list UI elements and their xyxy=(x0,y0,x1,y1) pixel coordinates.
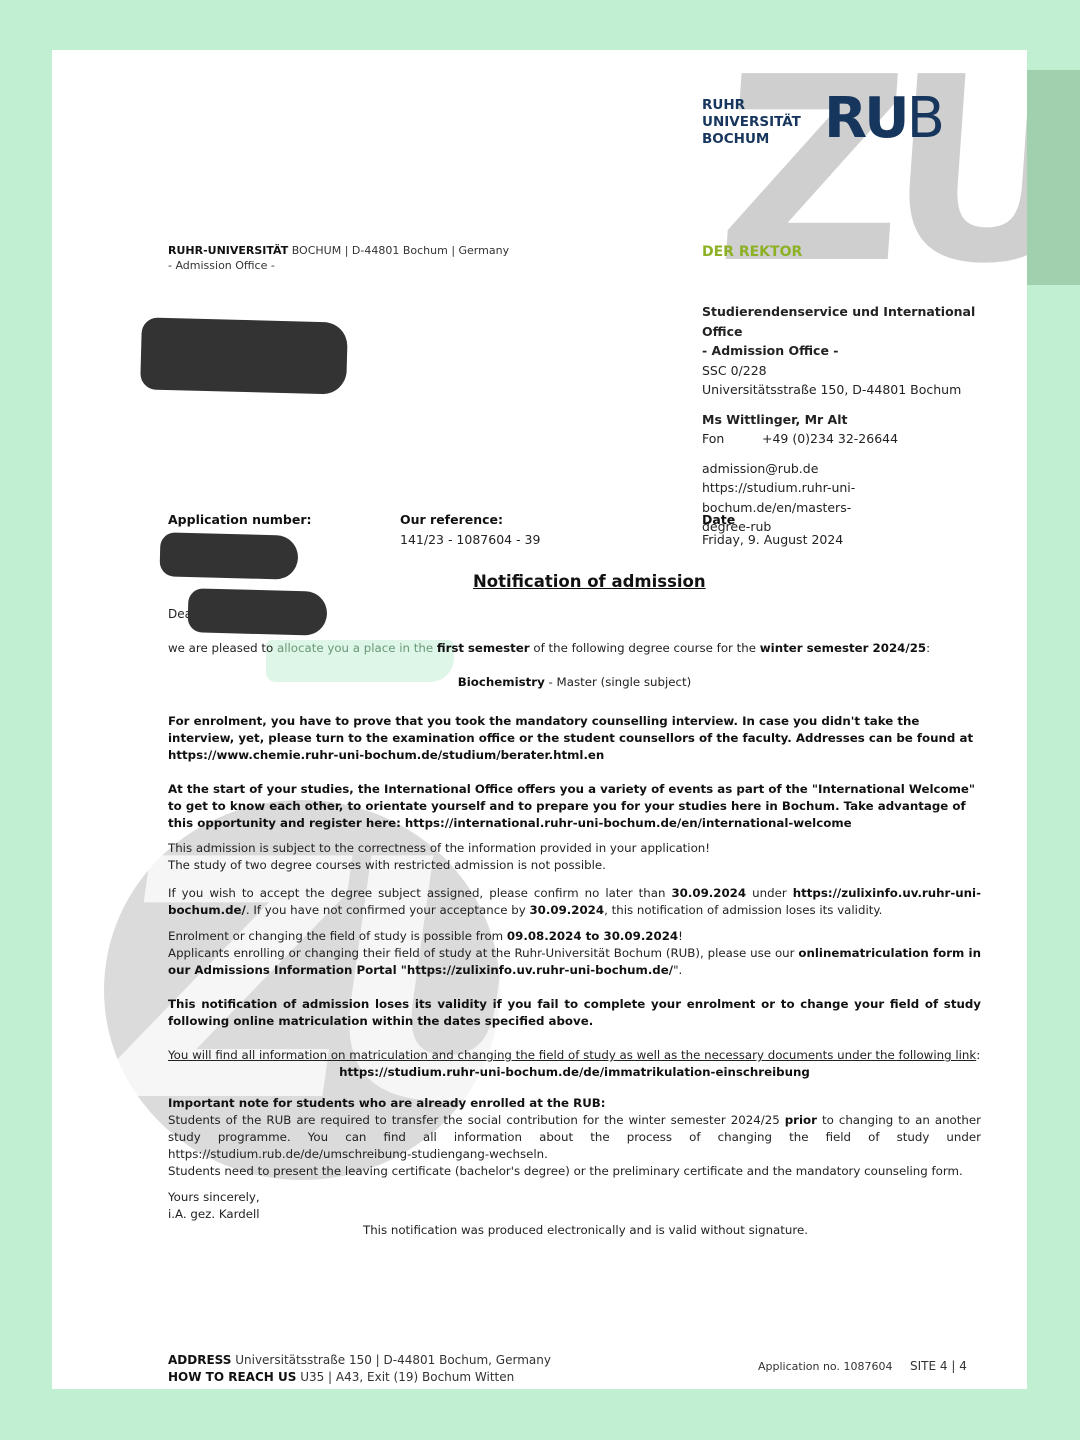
intro-winter-semester: winter semester 2024/25 xyxy=(760,641,926,655)
closing-signatory: i.A. gez. Kardell xyxy=(168,1206,981,1223)
intro-paragraph: we are pleased to allocate you a place i… xyxy=(168,640,981,657)
logo-line-3: BOCHUM xyxy=(702,131,801,148)
footer-reach-label: HOW TO REACH US xyxy=(168,1370,296,1384)
intro-first: first xyxy=(437,641,464,655)
footer-address-block: ADDRESS Universitätsstraße 150 | D-44801… xyxy=(168,1352,551,1386)
university-logo-text: RUHR UNIVERSITÄT BOCHUM xyxy=(702,97,801,148)
logo-mark-bold: RU xyxy=(824,86,907,151)
office-name: Studierendenservice und International Of… xyxy=(702,302,1002,341)
enrolment-paragraph: Enrolment or changing the field of study… xyxy=(168,928,981,979)
course-detail: - Master (single subject) xyxy=(545,675,691,689)
office-url-line1[interactable]: https://studium.ruhr-uni-bochum.de/en/ma… xyxy=(702,478,1002,517)
important-note: Important note for students who are alre… xyxy=(168,1095,981,1180)
office-contacts: Ms Wittlinger, Mr Alt xyxy=(702,410,1002,430)
intro-text-2: of the following degree course for the xyxy=(530,641,760,655)
letter-title: Notification of admission xyxy=(473,572,706,591)
logo-mark-light: B xyxy=(907,86,942,151)
intro-text: we are pleased to xyxy=(168,641,277,655)
subject-line-2: The study of two degree courses with res… xyxy=(168,857,981,874)
der-rektor-heading: DER REKTOR xyxy=(702,244,802,260)
sender-address: BOCHUM | D-44801 Bochum | Germany xyxy=(288,244,509,257)
accept-text-2: under xyxy=(746,886,793,900)
redacted-recipient-name xyxy=(187,588,327,636)
intro-colon: : xyxy=(926,641,930,655)
office-room: SSC 0/228 xyxy=(702,361,1002,381)
applicants-plain: Applicants enrolling or changing their f… xyxy=(168,946,798,960)
logo-line-1: RUHR xyxy=(702,97,801,114)
logo-line-2: UNIVERSITÄT xyxy=(702,114,801,131)
date-label: Date xyxy=(702,512,735,527)
admission-letter-page: ZU ZU RUHR UNIVERSITÄT BOCHUM RUB DER RE… xyxy=(52,50,1027,1389)
closing: Yours sincerely, i.A. gez. Kardell xyxy=(168,1189,981,1223)
accept-deadline: 30.09.2024 xyxy=(671,886,746,900)
info-url[interactable]: https://studium.ruhr-uni-bochum.de/de/im… xyxy=(168,1064,981,1081)
office-phone-row: Fon+49 (0)234 32-26644 xyxy=(702,429,1002,449)
accept-text-4: , this notification of admission loses i… xyxy=(604,903,882,917)
phone-number: +49 (0)234 32-26644 xyxy=(762,431,898,446)
office-email[interactable]: admission@rub.de xyxy=(702,459,1002,479)
info-colon: : xyxy=(976,1048,980,1062)
watermark-overflow xyxy=(1027,70,1080,285)
note-body: Students of the RUB are required to tran… xyxy=(168,1112,981,1163)
rub-logo-mark: RUB xyxy=(824,84,942,154)
note-text: Students of the RUB are required to tran… xyxy=(168,1113,785,1127)
redacted-application-number xyxy=(159,532,298,580)
note-prior: prior xyxy=(785,1113,817,1127)
accept-deadline-2: 30.09.2024 xyxy=(529,903,604,917)
phone-label: Fon xyxy=(702,429,762,449)
reference-value: 141/23 - 1087604 - 39 xyxy=(400,532,540,547)
footer-address: Universitätsstraße 150 | D-44801 Bochum,… xyxy=(231,1353,551,1367)
accept-text: If you wish to accept the degree subject… xyxy=(168,886,671,900)
closing-sincerely: Yours sincerely, xyxy=(168,1189,981,1206)
footer-address-label: ADDRESS xyxy=(168,1353,231,1367)
accept-paragraph: If you wish to accept the degree subject… xyxy=(168,885,981,919)
info-paragraph: You will find all information on matricu… xyxy=(168,1047,981,1081)
course-name: Biochemistry xyxy=(458,675,545,689)
applicants-text: Applicants enrolling or changing their f… xyxy=(168,945,981,979)
note-documents: Students need to present the leaving cer… xyxy=(168,1163,981,1180)
footer-application-number: Application no. 1087604 xyxy=(758,1360,892,1373)
application-number-label: Application number: xyxy=(168,512,312,527)
footer-reach: U35 | A43, Exit (19) Bochum Witten xyxy=(296,1370,514,1384)
info-link-text: You will find all information on matricu… xyxy=(168,1048,976,1062)
sender-line: RUHR-UNIVERSITÄT BOCHUM | D-44801 Bochum… xyxy=(168,243,509,273)
accept-text-3: . If you have not confirmed your accepta… xyxy=(246,903,530,917)
intro-highlighted: allocate you a place in the xyxy=(277,641,437,655)
counselling-paragraph: For enrolment, you have to prove that yo… xyxy=(168,713,981,764)
enrol-exclaim: ! xyxy=(678,929,683,943)
office-contact-block: Studierendenservice und International Of… xyxy=(702,302,1002,537)
redacted-recipient-address xyxy=(140,317,348,394)
validity-paragraph: This notification of admission loses its… xyxy=(168,996,981,1030)
note-heading: Important note for students who are alre… xyxy=(168,1095,981,1112)
office-street: Universitätsstraße 150, D-44801 Bochum xyxy=(702,380,1002,400)
date-value: Friday, 9. August 2024 xyxy=(702,532,843,547)
intro-semester: semester xyxy=(468,641,530,655)
office-department: - Admission Office - xyxy=(702,341,1002,361)
footer-page-number: SITE 4 | 4 xyxy=(910,1359,967,1373)
subject-line-1: This admission is subject to the correct… xyxy=(168,840,981,857)
welcome-paragraph: At the start of your studies, the Intern… xyxy=(168,781,981,832)
enrol-text: Enrolment or changing the field of study… xyxy=(168,929,507,943)
electronic-notice: This notification was produced electroni… xyxy=(363,1222,863,1239)
sender-office: - Admission Office - xyxy=(168,258,509,273)
applicants-end: ". xyxy=(673,963,682,977)
reference-label: Our reference: xyxy=(400,512,503,527)
enrolment-period: Enrolment or changing the field of study… xyxy=(168,928,981,945)
course-line: Biochemistry - Master (single subject) xyxy=(168,674,981,691)
enrol-dates: 09.08.2024 to 30.09.2024 xyxy=(507,929,678,943)
sender-university: RUHR-UNIVERSITÄT xyxy=(168,244,288,257)
subject-paragraph: This admission is subject to the correct… xyxy=(168,840,981,874)
